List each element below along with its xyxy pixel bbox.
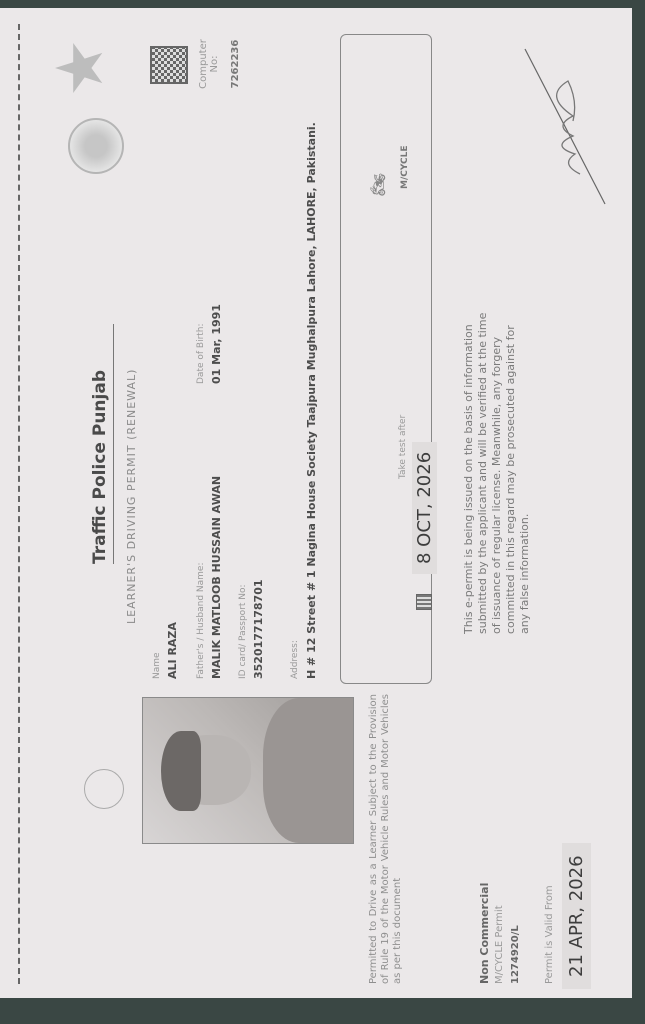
signature-icon <box>520 44 610 214</box>
permit-subtitle: LEARNER'S DRIVING PERMIT (RENEWAL) <box>125 369 138 624</box>
calendar-icon <box>416 594 432 610</box>
applicant-photo <box>142 697 354 844</box>
dob-label: Date of Birth: <box>196 323 206 384</box>
permission-note: Permitted to Drive as a Learner Subject … <box>368 694 404 984</box>
name-value: ALI RAZA <box>166 622 179 679</box>
test-date: 8 OCT, 2026 <box>412 442 437 574</box>
valid-from-date: 21 APR, 2026 <box>562 843 591 989</box>
address-value: H # 12 Street # 1 Nagina House Society T… <box>304 59 320 679</box>
test-box <box>340 34 432 684</box>
government-seal-icon <box>68 118 124 174</box>
page-title: Traffic Police Punjab <box>90 324 114 564</box>
id-label: ID card/ Passport No: <box>238 584 248 679</box>
cut-line <box>18 24 20 984</box>
father-value: MALIK MATLOOB HUSSAIN AWAN <box>210 476 223 679</box>
punjab-seal-icon <box>84 769 124 809</box>
computer-no-value: 7262236 <box>230 39 241 89</box>
qr-code-icon <box>150 46 188 84</box>
test-label: Take test after <box>398 415 408 479</box>
disclaimer-text: This e-permit is being issued on the bas… <box>462 304 532 634</box>
permit-category: Non Commercial <box>478 883 491 984</box>
traffic-police-badge-icon <box>55 42 107 94</box>
permit-type: M/CYCLE Permit <box>494 905 505 984</box>
vehicle-label: M/CYCLE <box>400 145 410 189</box>
id-value: 3520177178701 <box>252 580 265 680</box>
name-label: Name <box>152 652 162 679</box>
father-label: Father's / Husband Name: <box>196 562 206 679</box>
computer-no-label: Computer No: <box>198 39 220 89</box>
permit-number: 1274920/L <box>510 925 521 984</box>
valid-from-label: Permit is Valid From <box>544 885 555 984</box>
learner-permit-document: Traffic Police Punjab LEARNER'S DRIVING … <box>0 0 645 1024</box>
dob-value: 01 Mar, 1991 <box>210 304 223 384</box>
motorcycle-icon: 🏍 <box>368 173 389 196</box>
address-label: Address: <box>290 640 300 679</box>
